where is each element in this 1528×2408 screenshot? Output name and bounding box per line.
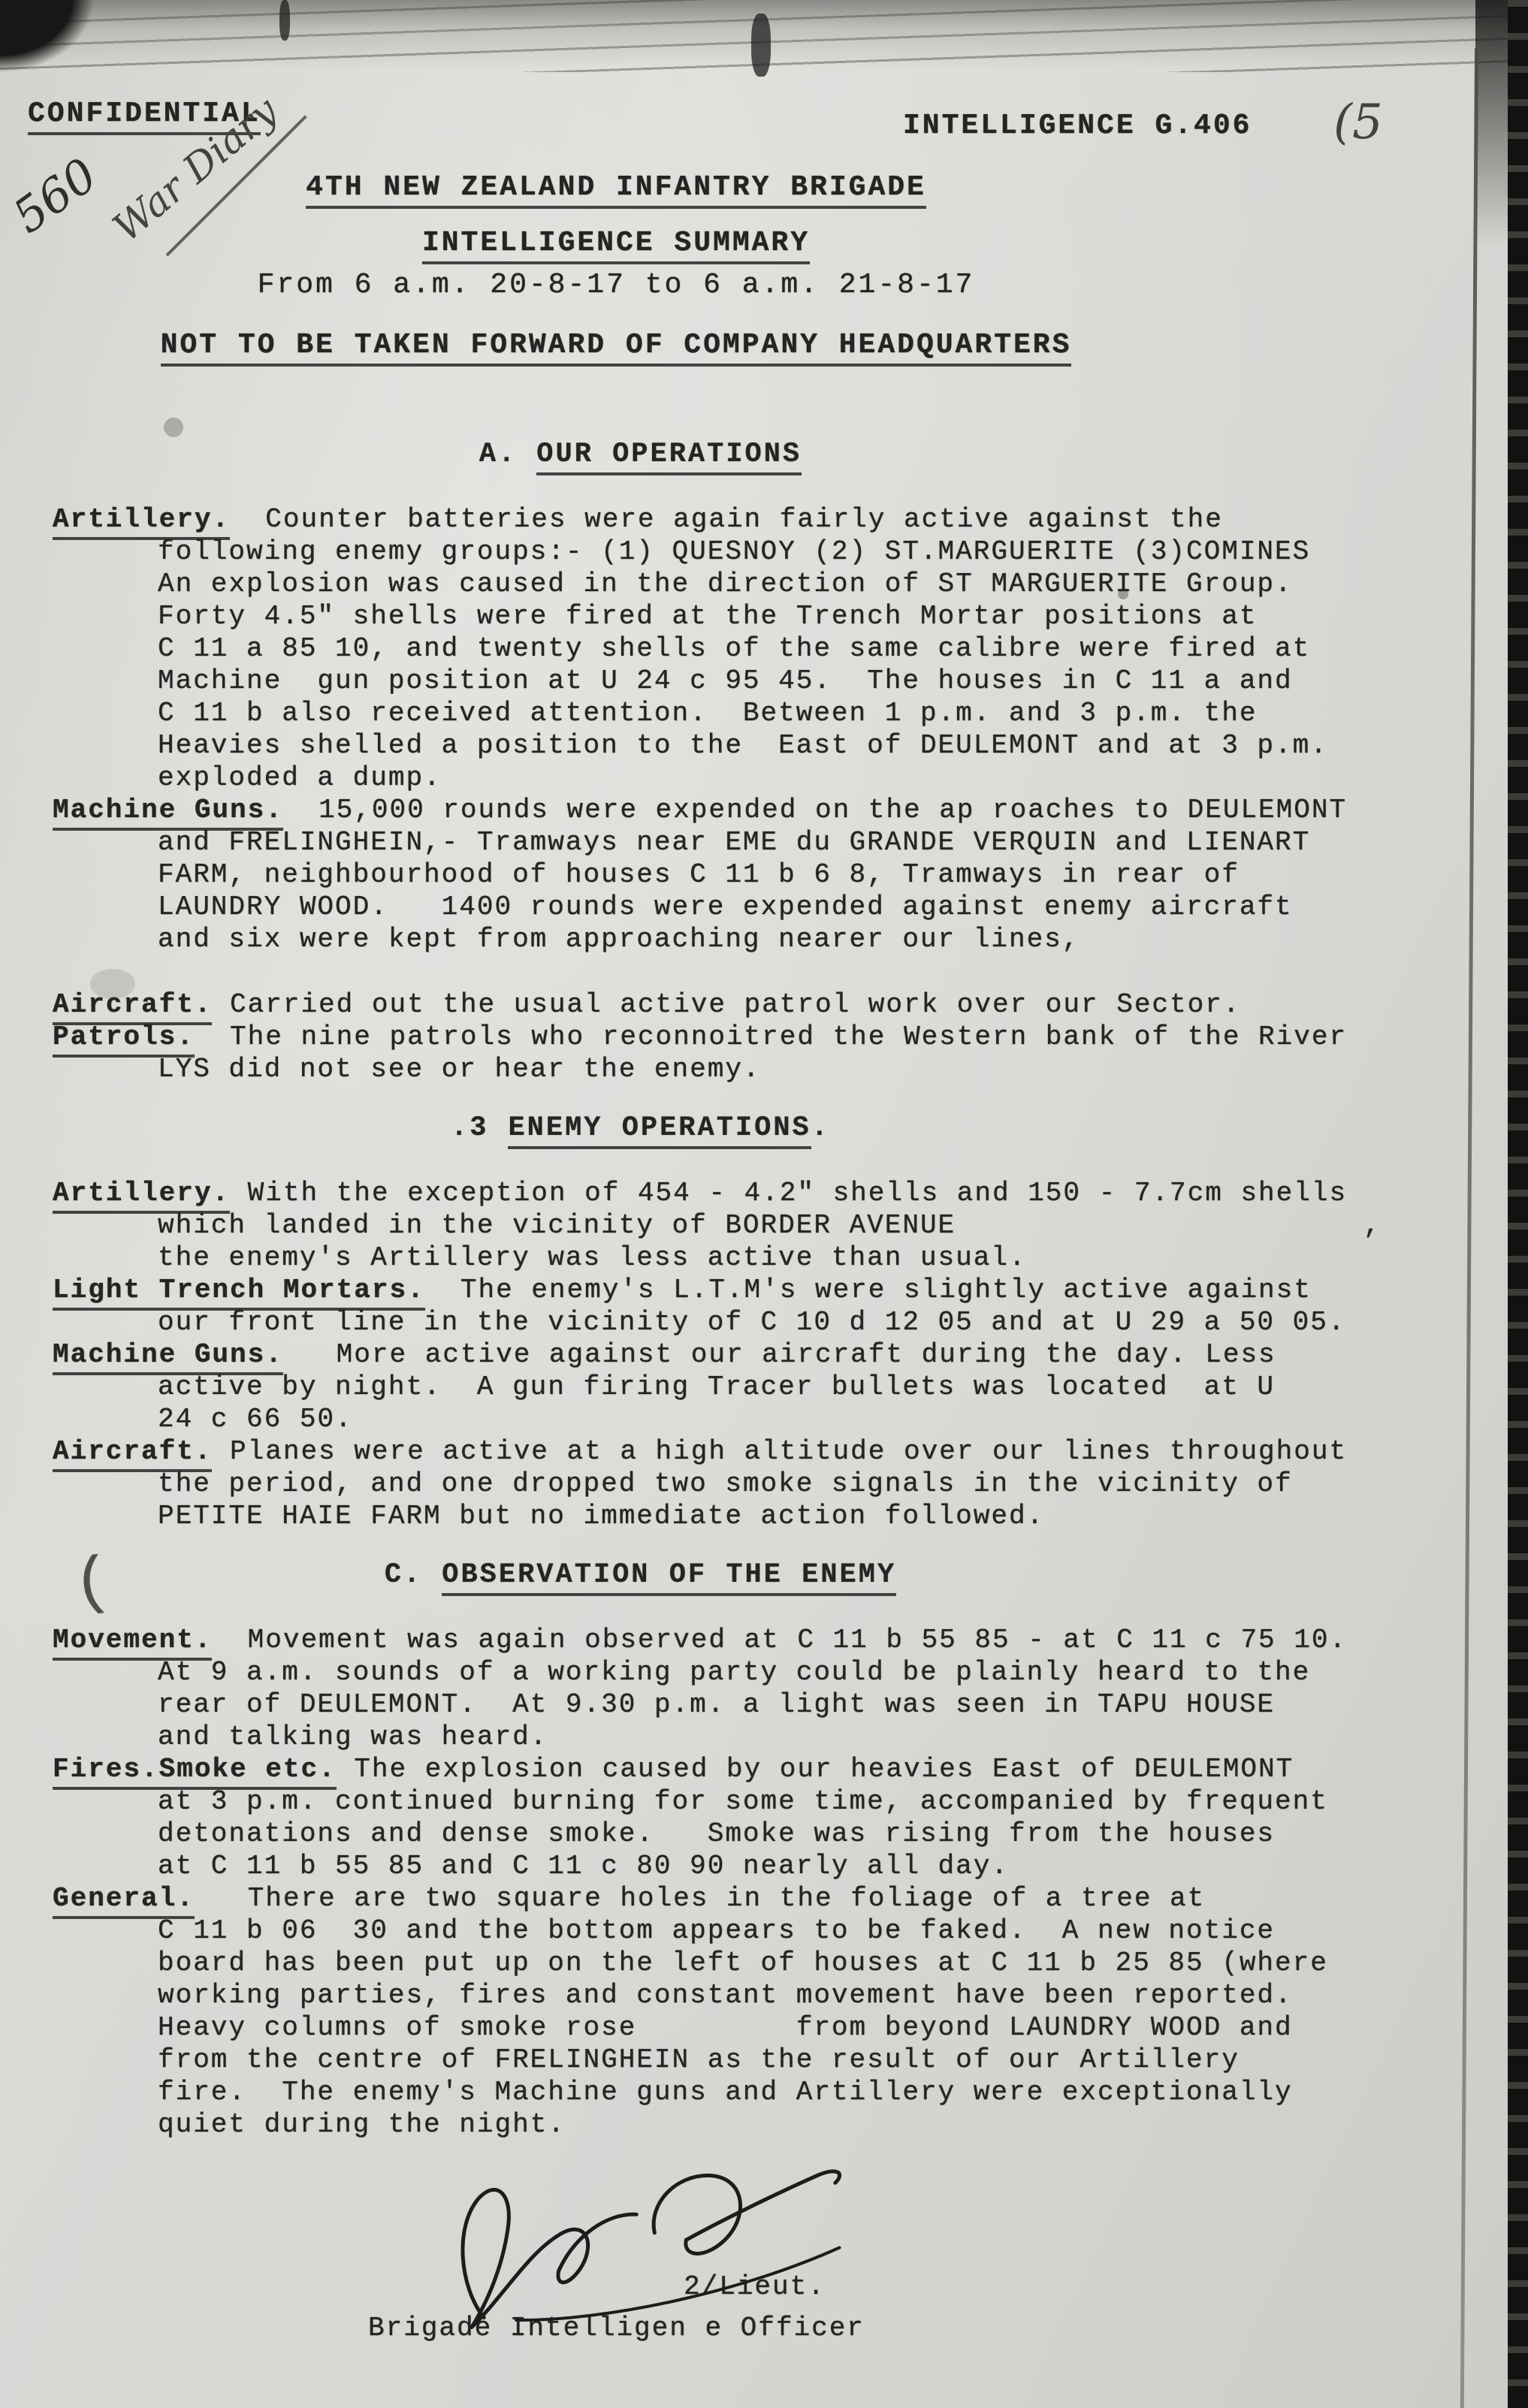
body-line: Machine Guns. More active against our ai… bbox=[53, 1338, 1439, 1371]
paragraph-label: Light Trench Mortars. bbox=[53, 1275, 425, 1311]
paragraph-label: Artillery. bbox=[53, 504, 230, 540]
body-text: Movement was again observed at C 11 b 55… bbox=[212, 1625, 1347, 1655]
body-line: Artillery. Counter batteries were again … bbox=[53, 503, 1439, 536]
section-title-period: . bbox=[811, 1112, 830, 1144]
body-line: following enemy groups:- (1) QUESNOY (2)… bbox=[53, 536, 1439, 568]
distribution-warning-text: NOT TO BE TAKEN FORWARD OF COMPANY HEADQ… bbox=[161, 329, 1072, 367]
body-line: Light Trench Mortars. The enemy's L.T.M'… bbox=[53, 1274, 1439, 1306]
paragraph-label: Patrols. bbox=[53, 1021, 195, 1058]
body-line: 24 c 66 50. bbox=[53, 1403, 1439, 1435]
section-letter: .3 bbox=[451, 1112, 488, 1144]
body-line: Artillery. With the exception of 454 - 4… bbox=[53, 1177, 1439, 1209]
paragraph: Machine Guns. 15,000 rounds were expende… bbox=[53, 794, 1439, 955]
body-line: At 9 a.m. sounds of a working party coul… bbox=[53, 1656, 1439, 1688]
document-type-text: INTELLIGENCE SUMMARY bbox=[422, 227, 810, 264]
document-type: INTELLIGENCE SUMMARY bbox=[0, 227, 1232, 259]
body-line: working parties, fires and constant move… bbox=[53, 1979, 1439, 2011]
paragraph-label: Aircraft. bbox=[53, 1436, 212, 1472]
paragraph-label: Fires.Smoke etc. bbox=[53, 1754, 337, 1790]
paragraph-label: Movement. bbox=[53, 1625, 212, 1661]
body-line: PETITE HAIE FARM but no immediate action… bbox=[53, 1500, 1439, 1532]
document-body: A.OUR OPERATIONSArtillery. Counter batte… bbox=[53, 412, 1439, 2343]
binding-shadow bbox=[1475, 0, 1510, 248]
signature-block: 2/Lieut.Brigade Intelligen e Officer bbox=[368, 2145, 909, 2343]
unit-title-text: 4TH NEW ZEALAND INFANTRY BRIGADE bbox=[306, 171, 926, 209]
paragraph-label: Aircraft. bbox=[53, 989, 212, 1025]
body-line: Forty 4.5" shells were fired at the Tren… bbox=[53, 600, 1439, 632]
body-text: Counter batteries were again fairly acti… bbox=[230, 504, 1223, 535]
body-line: Heavy columns of smoke rose from beyond … bbox=[53, 2011, 1439, 2044]
paragraph: Artillery. Counter batteries were again … bbox=[53, 503, 1439, 794]
body-line: active by night. A gun firing Tracer bul… bbox=[53, 1371, 1439, 1403]
body-line: An explosion was caused in the direction… bbox=[53, 568, 1439, 600]
body-line: C 11 b also received attention. Between … bbox=[53, 697, 1439, 729]
paragraph-label: Machine Guns. bbox=[53, 1339, 283, 1375]
body-line: FARM, neighbourhood of houses C 11 b 6 8… bbox=[53, 858, 1439, 891]
body-text: Carried out the usual active patrol work… bbox=[212, 989, 1240, 1020]
pencil-mark: ( bbox=[70, 1547, 115, 1622]
body-line: which landed in the vicinity of BORDER A… bbox=[53, 1209, 1439, 1242]
paragraph-label: Machine Guns. bbox=[53, 795, 283, 831]
body-line: detonations and dense smoke. Smoke was r… bbox=[53, 1818, 1439, 1850]
body-text: The explosion caused by our heavies East… bbox=[337, 1754, 1294, 1785]
paragraph: Light Trench Mortars. The enemy's L.T.M'… bbox=[53, 1274, 1439, 1338]
paragraph: Artillery. With the exception of 454 - 4… bbox=[53, 1177, 1439, 1274]
body-line: from the centre of FRELINGHEIN as the re… bbox=[53, 2044, 1439, 2076]
unit-title: 4TH NEW ZEALAND INFANTRY BRIGADE bbox=[0, 171, 1232, 204]
body-line: fire. The enemy's Machine guns and Artil… bbox=[53, 2076, 1439, 2108]
body-line: the period, and one dropped two smoke si… bbox=[53, 1468, 1439, 1500]
page-edge-line bbox=[1460, 48, 1478, 2408]
body-line: LYS did not see or hear the enemy. bbox=[53, 1053, 1439, 1085]
paragraph: Aircraft. Planes were active at a high a… bbox=[53, 1435, 1439, 1532]
body-text: With the exception of 454 - 4.2" shells … bbox=[230, 1178, 1347, 1209]
body-line: Machine gun position at U 24 c 95 45. Th… bbox=[53, 665, 1439, 697]
paragraph: Patrols. The nine patrols who reconnoitr… bbox=[53, 1021, 1439, 1085]
section-letter: A. bbox=[479, 439, 517, 470]
body-line: Machine Guns. 15,000 rounds were expende… bbox=[53, 794, 1439, 826]
paragraph: General. There are two square holes in t… bbox=[53, 1882, 1439, 2141]
paragraph-label: Artillery. bbox=[53, 1178, 230, 1214]
paragraph: Fires.Smoke etc. The explosion caused by… bbox=[53, 1753, 1439, 1882]
body-line: and FRELINGHEIN,- Tramways near EME du G… bbox=[53, 826, 1439, 858]
section-heading: A.OUR OPERATIONS bbox=[53, 439, 1228, 470]
body-line: and six were kept from approaching neare… bbox=[53, 923, 1439, 955]
body-line: General. There are two square holes in t… bbox=[53, 1882, 1439, 1915]
ink-smudge bbox=[279, 0, 290, 41]
body-text: Planes were active at a high altitude ov… bbox=[212, 1436, 1347, 1467]
body-line: Fires.Smoke etc. The explosion caused by… bbox=[53, 1753, 1439, 1785]
paragraph: Movement. Movement was again observed at… bbox=[53, 1624, 1439, 1753]
section-heading: .3ENEMY OPERATIONS. bbox=[53, 1112, 1228, 1144]
body-text: More active against our aircraft during … bbox=[283, 1339, 1276, 1370]
handwritten-page-number: (5 bbox=[1333, 95, 1383, 150]
body-line: Patrols. The nine patrols who reconnoitr… bbox=[53, 1021, 1439, 1053]
body-text: The nine patrols who reconnoitred the We… bbox=[195, 1021, 1347, 1052]
paragraph: Aircraft. Carried out the usual active p… bbox=[53, 988, 1439, 1021]
section-letter: C. bbox=[385, 1559, 422, 1591]
scanned-document-page: CONFIDENTIAL INTELLIGENCE G.406 (5 560 W… bbox=[0, 0, 1528, 2408]
body-line: and talking was heard. bbox=[53, 1721, 1439, 1753]
signature bbox=[403, 2111, 874, 2344]
body-line: Aircraft. Carried out the usual active p… bbox=[53, 988, 1439, 1021]
reference-number: INTELLIGENCE G.406 bbox=[903, 110, 1252, 142]
body-line: exploded a dump. bbox=[53, 762, 1439, 794]
body-line: Movement. Movement was again observed at… bbox=[53, 1624, 1439, 1656]
body-line: at C 11 b 55 85 and C 11 c 80 90 nearly … bbox=[53, 1850, 1439, 1882]
section-heading: C.OBSERVATION OF THE ENEMY( bbox=[53, 1559, 1228, 1591]
distribution-warning: NOT TO BE TAKEN FORWARD OF COMPANY HEADQ… bbox=[0, 329, 1232, 361]
body-line: our front line in the vicinity of C 10 d… bbox=[53, 1306, 1439, 1338]
body-line: the enemy's Artillery was less active th… bbox=[53, 1242, 1439, 1274]
dark-corner-top-left bbox=[0, 0, 98, 75]
body-line: Aircraft. Planes were active at a high a… bbox=[53, 1435, 1439, 1468]
section-title: OBSERVATION OF THE ENEMY bbox=[442, 1559, 896, 1596]
body-line: Heavies shelled a position to the East o… bbox=[53, 729, 1439, 762]
body-text: 15,000 rounds were expended on the ap ro… bbox=[283, 795, 1347, 825]
book-binding-edge bbox=[1508, 0, 1528, 2408]
paragraph: Machine Guns. More active against our ai… bbox=[53, 1338, 1439, 1435]
body-text: The enemy's L.T.M's were slightly active… bbox=[425, 1275, 1312, 1305]
section-title: ENEMY OPERATIONS bbox=[508, 1112, 811, 1149]
ink-smudge bbox=[751, 14, 771, 77]
body-line: C 11 b 06 30 and the bottom appears to b… bbox=[53, 1915, 1439, 1947]
section-title: OUR OPERATIONS bbox=[536, 439, 802, 475]
paragraph-label: General. bbox=[53, 1883, 195, 1919]
body-line: C 11 a 85 10, and twenty shells of the s… bbox=[53, 632, 1439, 665]
body-line: board has been put up on the left of hou… bbox=[53, 1947, 1439, 1979]
body-text: There are two square holes in the foliag… bbox=[195, 1883, 1205, 1914]
body-line: rear of DEULEMONT. At 9.30 p.m. a light … bbox=[53, 1688, 1439, 1721]
report-period: From 6 a.m. 20-8-17 to 6 a.m. 21-8-17 bbox=[0, 269, 1232, 301]
body-line: LAUNDRY WOOD. 1400 rounds were expended … bbox=[53, 891, 1439, 923]
body-line: at 3 p.m. continued burning for some tim… bbox=[53, 1785, 1439, 1818]
